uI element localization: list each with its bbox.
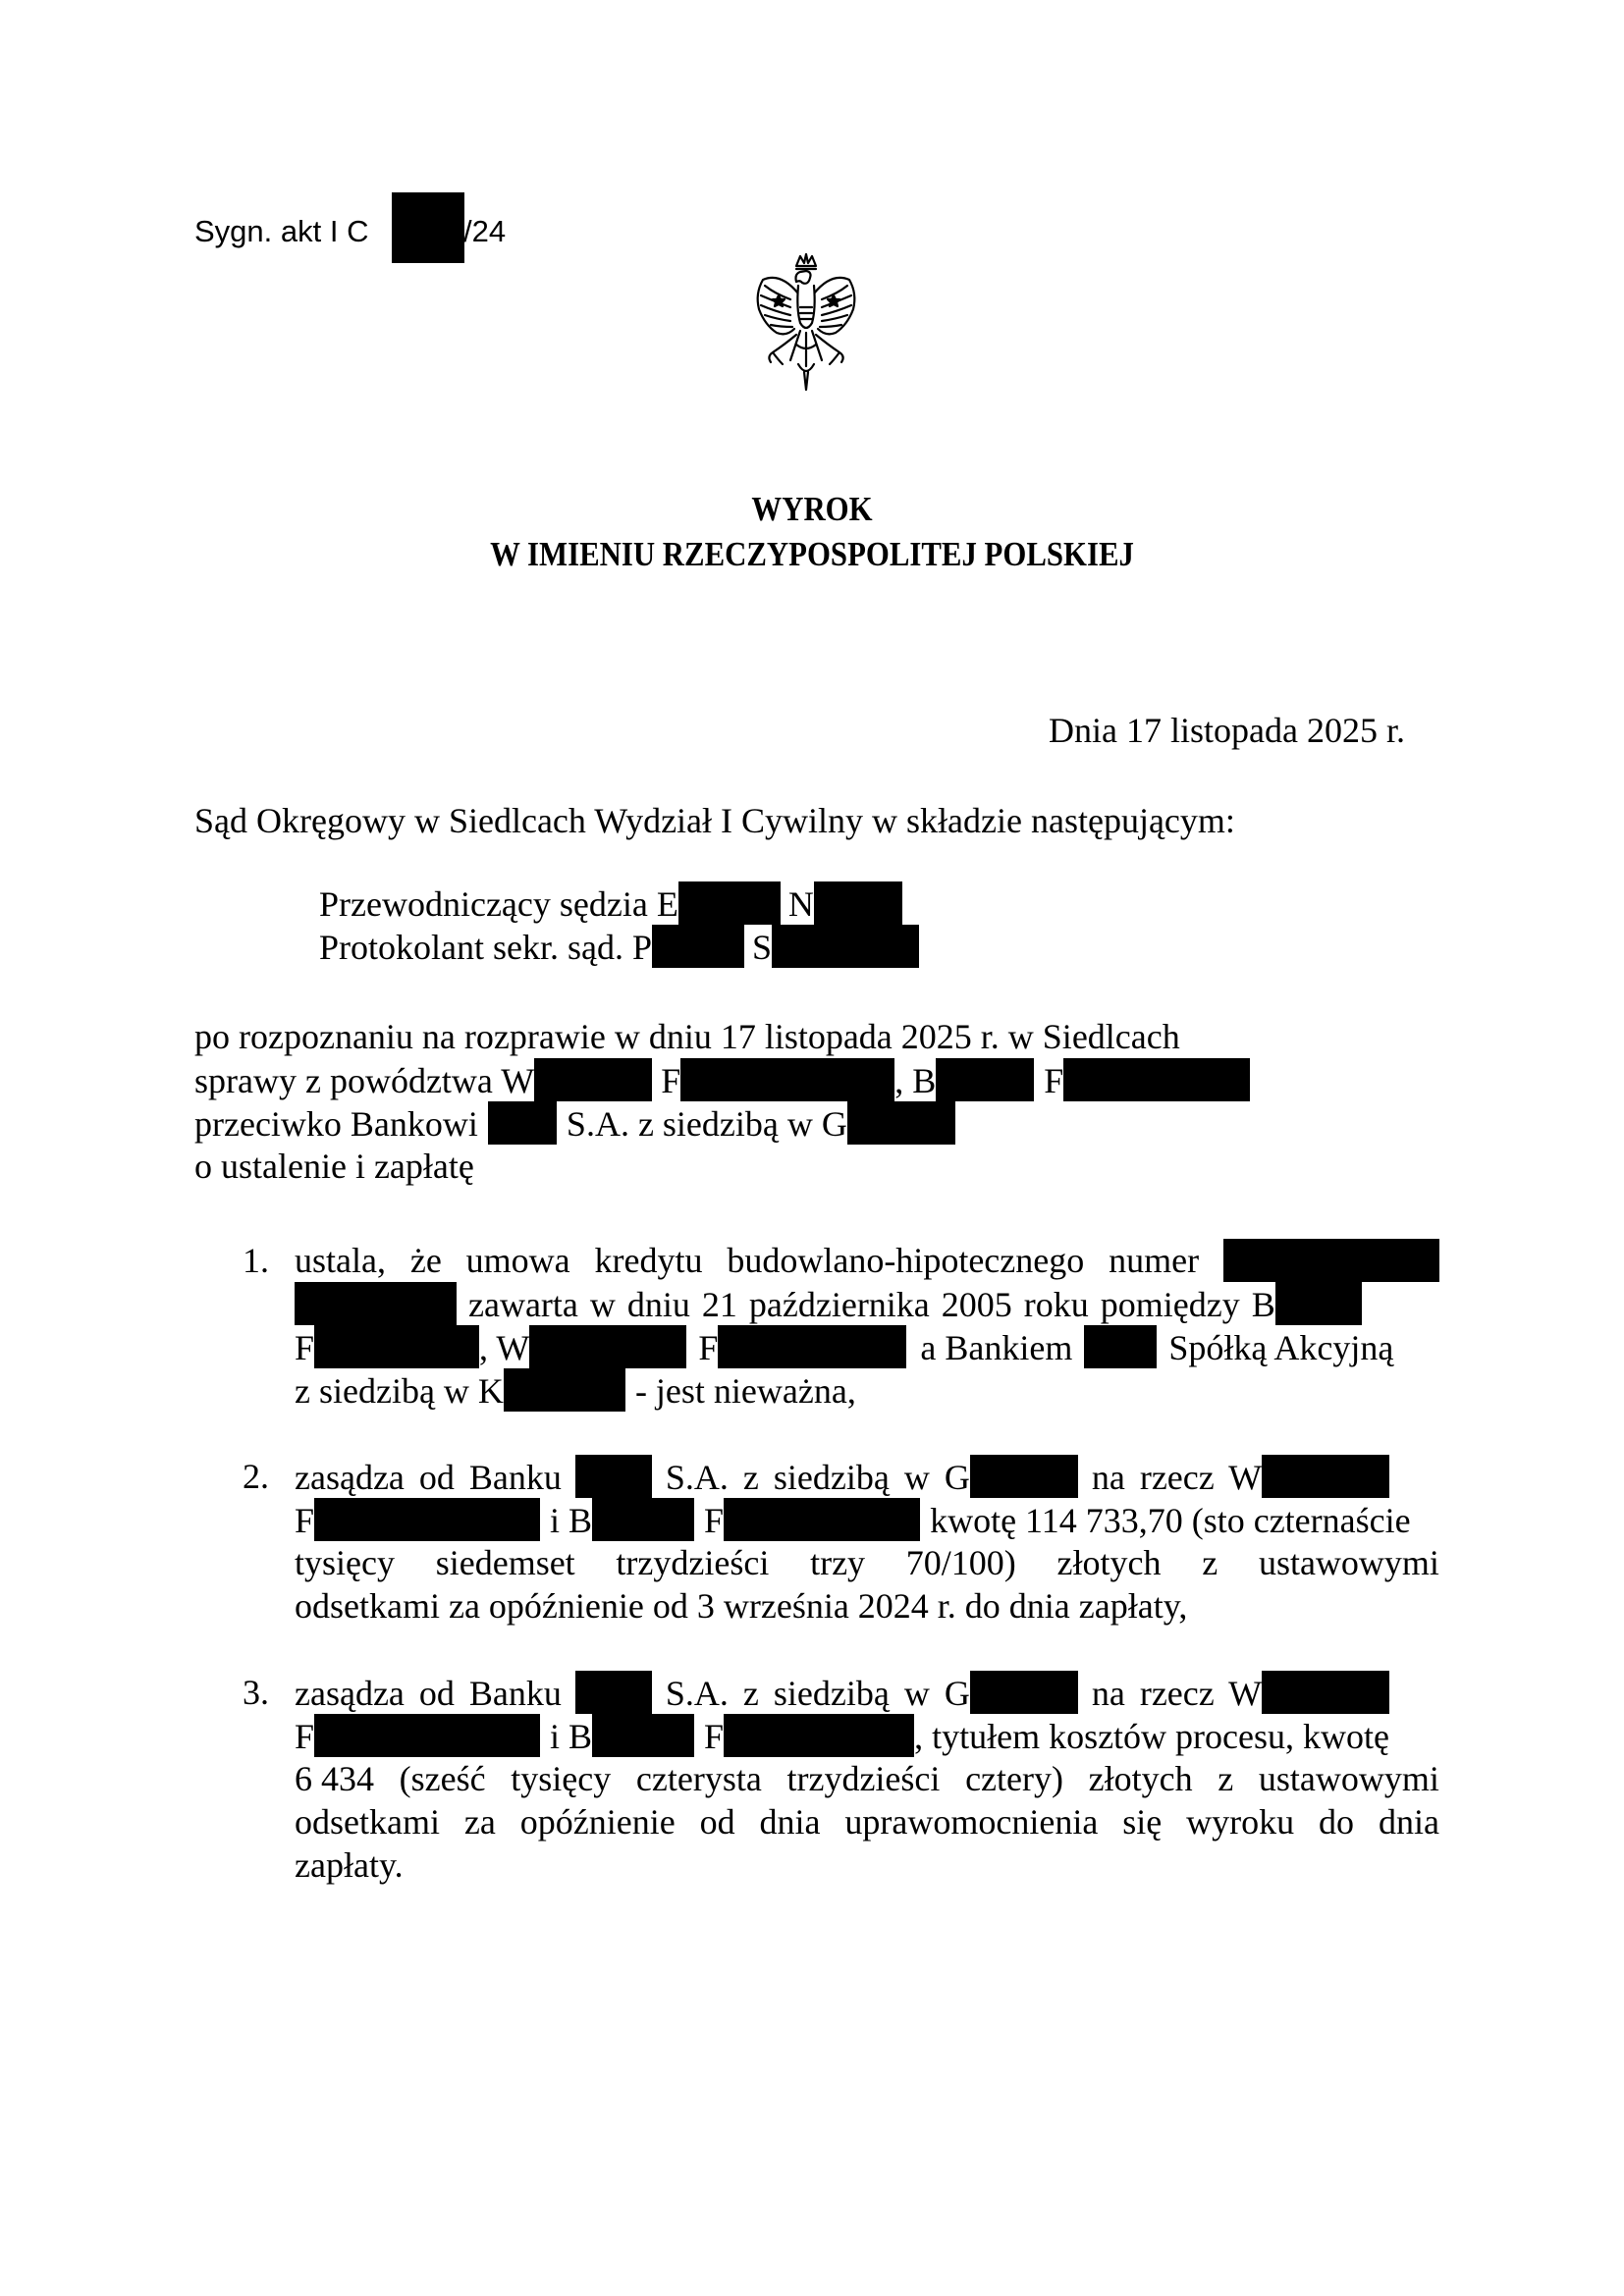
word: do — [1319, 1800, 1354, 1843]
text-fragment: F — [295, 1501, 314, 1540]
word: że — [410, 1239, 442, 1282]
costs-amount-text: , tytułem kosztów procesu, kwotę — [914, 1717, 1389, 1756]
text-fragment: na rzecz W — [1092, 1674, 1262, 1713]
redaction-box — [1084, 1325, 1157, 1368]
text-fragment: F — [704, 1717, 724, 1756]
word: dnia — [1379, 1800, 1439, 1843]
text-fragment: na rzecz W — [1092, 1458, 1262, 1497]
redaction-box — [970, 1455, 1078, 1498]
text-fragment: - jest nieważna, — [635, 1371, 856, 1411]
item-3-line-5: zapłaty. — [295, 1843, 404, 1887]
text-fragment: F — [698, 1328, 718, 1367]
redaction-box — [970, 1671, 1078, 1714]
case-signature-suffix: /24 — [463, 212, 506, 251]
redaction-box — [1262, 1671, 1389, 1714]
redaction-box — [575, 1455, 652, 1498]
presiding-judge-initial: N — [788, 884, 814, 924]
word: z — [1202, 1541, 1218, 1584]
word: ustala, — [295, 1239, 386, 1282]
proceedings-line-3: przeciwko BankowiS.A. z siedzibą w G — [194, 1101, 955, 1146]
item-2-line-4: odsetkami za opóźnienie od 3 września 20… — [295, 1584, 1187, 1628]
court-clerk-label: Protokolant sekr. sąd. P — [319, 928, 652, 967]
word: 6 434 — [295, 1757, 374, 1800]
redaction-box — [592, 1714, 694, 1757]
redaction-box — [847, 1101, 955, 1145]
item-1-line-1: ustala, że umowa kredytu budowlano-hipot… — [295, 1239, 1439, 1282]
text-fragment: S.A. z siedzibą w G — [666, 1458, 970, 1497]
text-fragment: zawarta w dniu 21 października 2005 roku… — [468, 1285, 1275, 1324]
text-fragment: Spółką Akcyjną — [1168, 1328, 1393, 1367]
text-fragment: S.A. z siedzibą w G — [567, 1104, 847, 1144]
redaction-box — [575, 1671, 652, 1714]
redaction-box — [936, 1058, 1034, 1101]
redaction-box — [1063, 1058, 1250, 1101]
item-3-line-1: zasądza od BankuS.A. z siedzibą w Gna rz… — [295, 1671, 1439, 1715]
text-fragment: z siedzibą w K — [295, 1371, 504, 1411]
word: tysięcy — [295, 1541, 395, 1584]
word: złotych — [1057, 1541, 1162, 1584]
redaction-box — [1223, 1239, 1439, 1282]
word: dnia — [760, 1800, 821, 1843]
court-clerk-initial: S — [752, 928, 772, 967]
redaction-box — [314, 1498, 540, 1541]
word: ustawowymi — [1259, 1757, 1439, 1800]
word: (sześć — [400, 1757, 486, 1800]
word: 70/100) — [906, 1541, 1016, 1584]
item-3-line-2: Fi BF, tytułem kosztów procesu, kwotę — [295, 1714, 1439, 1758]
redaction-box — [814, 881, 902, 925]
redaction-box — [652, 925, 744, 968]
judgment-title: WYROK — [97, 488, 1527, 531]
text-fragment: zasądza od Banku — [295, 1674, 562, 1713]
text-fragment: zasądza od Banku — [295, 1458, 562, 1497]
word: czterysta — [636, 1757, 762, 1800]
judgment-date: Dnia 17 listopada 2025 r. — [1049, 709, 1405, 752]
redaction-box — [1262, 1455, 1389, 1498]
word: ustawowymi — [1259, 1541, 1439, 1584]
text-fragment: F — [704, 1501, 724, 1540]
word: numer — [1109, 1239, 1199, 1282]
word: cztery) — [965, 1757, 1063, 1800]
redaction-box — [488, 1101, 557, 1145]
word: budowlano-hipotecznego — [727, 1239, 1084, 1282]
text-fragment: i B — [550, 1501, 592, 1540]
judgment-subtitle: W IMIENIU RZECZYPOSPOLITEJ POLSKIEJ — [97, 533, 1527, 576]
defendant-label: przeciwko Bankowi — [194, 1104, 478, 1144]
plaintiffs-label: sprawy z powództwa W — [194, 1061, 534, 1100]
word: złotych — [1089, 1757, 1193, 1800]
item-3-line-4: odsetkami za opóźnienie od dnia uprawomo… — [295, 1800, 1439, 1843]
word: się — [1122, 1800, 1162, 1843]
text-fragment: F — [1044, 1061, 1063, 1100]
word: trzy — [810, 1541, 865, 1584]
redaction-box — [534, 1058, 652, 1101]
proceedings-line-1: po rozpoznaniu na rozprawie w dniu 17 li… — [194, 1015, 1180, 1058]
proceedings-line-4: o ustalenie i zapłatę — [194, 1145, 474, 1188]
item-number: 2. — [243, 1455, 269, 1498]
redaction-box — [772, 925, 919, 968]
item-1-line-2: zawarta w dniu 21 października 2005 roku… — [295, 1282, 1439, 1326]
word: umowa — [466, 1239, 570, 1282]
redaction-box — [295, 1282, 457, 1325]
redaction-box — [314, 1714, 540, 1757]
word: tysięcy — [511, 1757, 611, 1800]
presiding-judge-label: Przewodniczący sędzia E — [319, 884, 678, 924]
redaction-box — [724, 1714, 914, 1757]
case-signature-prefix: Sygn. akt I C — [194, 214, 368, 248]
item-1-line-4: z siedzibą w K- jest nieważna, — [295, 1368, 856, 1413]
court-composition-header: Sąd Okręgowy w Siedlcach Wydział I Cywil… — [194, 799, 1235, 842]
word: odsetkami — [295, 1800, 440, 1843]
redaction-box — [504, 1368, 625, 1412]
proceedings-line-2: sprawy z powództwa WF, BF — [194, 1058, 1250, 1102]
redaction-box — [529, 1325, 686, 1368]
redaction-box — [680, 1058, 894, 1101]
payment-amount-text: kwotę 114 733,70 (sto czternaście — [930, 1501, 1411, 1540]
word: uprawomocnienia — [844, 1800, 1098, 1843]
redaction-box — [314, 1325, 479, 1368]
word: z — [1218, 1757, 1233, 1800]
text-fragment: F — [295, 1328, 314, 1367]
text-fragment: , W — [479, 1328, 529, 1367]
case-signature: Sygn. akt I C — [194, 212, 368, 251]
text-fragment: S.A. z siedzibą w G — [666, 1674, 970, 1713]
word: za — [464, 1800, 496, 1843]
word: wyroku — [1186, 1800, 1294, 1843]
redaction-box — [718, 1325, 906, 1368]
item-2-line-3: tysięcy siedemset trzydzieści trzy 70/10… — [295, 1541, 1439, 1584]
item-1-line-3: F, WFa BankiemSpółką Akcyjną — [295, 1325, 1439, 1369]
word: od — [700, 1800, 735, 1843]
word: trzydzieści — [616, 1541, 769, 1584]
item-2-line-1: zasądza od BankuS.A. z siedzibą w Gna rz… — [295, 1455, 1439, 1499]
text-fragment: F — [295, 1717, 314, 1756]
text-fragment: F — [661, 1061, 680, 1100]
text-fragment: i B — [550, 1717, 592, 1756]
redaction-box — [678, 881, 781, 925]
item-2-line-2: Fi BFkwotę 114 733,70 (sto czternaście — [295, 1498, 1439, 1542]
word: kredytu — [595, 1239, 703, 1282]
text-fragment: a Bankiem — [920, 1328, 1072, 1367]
redaction-box — [724, 1498, 920, 1541]
redaction-box — [1275, 1282, 1362, 1325]
text-fragment: , B — [894, 1061, 936, 1100]
polish-eagle-emblem-icon — [751, 250, 861, 396]
word: opóźnienie — [520, 1800, 676, 1843]
presiding-judge-line: Przewodniczący sędzia EN — [319, 881, 902, 926]
word: siedemset — [436, 1541, 575, 1584]
redaction-box — [392, 192, 464, 263]
redaction-box — [592, 1498, 694, 1541]
item-number: 3. — [243, 1671, 269, 1714]
item-number: 1. — [243, 1239, 269, 1282]
word: trzydzieści — [786, 1757, 940, 1800]
court-clerk-line: Protokolant sekr. sąd. PS — [319, 925, 919, 969]
item-3-line-3: 6 434 (sześć tysięcy czterysta trzydzieś… — [295, 1757, 1439, 1800]
